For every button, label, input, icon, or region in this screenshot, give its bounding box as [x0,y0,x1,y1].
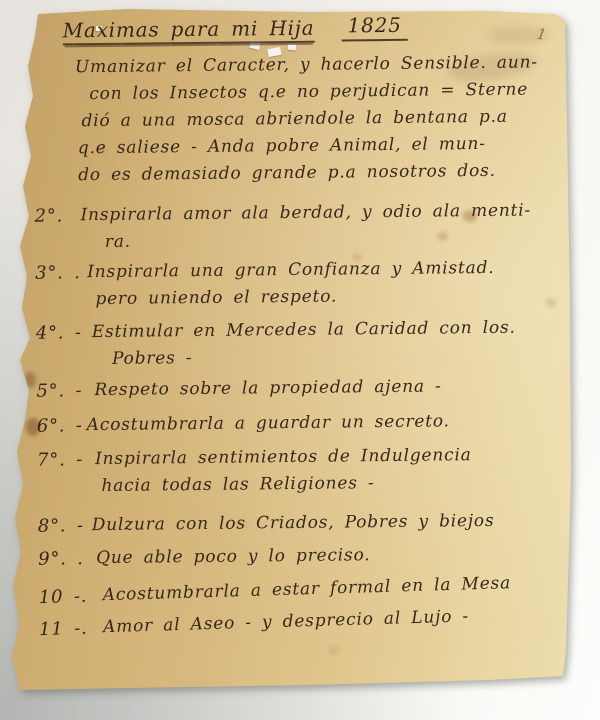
page-number-mark: 1 [535,25,548,44]
maxim-text-line: Acostumbrarla a guardar un secreto. [87,408,450,439]
maxim-number: 11 -. [39,615,88,643]
maxim-text-line: Estimular en Mercedes la Caridad con los… [92,315,516,346]
title-text: Maximas para mi Hija [62,16,314,46]
maxim-text-line: Amor al Aseo - y desprecio al Lujo - [103,603,470,641]
maxim-number: 3°. . [35,259,81,286]
manuscript-text: Maximas para mi Hija 1825 1 Umanizar el … [4,3,583,701]
maxim-number: 9°. . [38,545,84,572]
maxim-1-paragraph: Umanizar el Caracter, y hacerlo Sensible… [75,49,539,189]
maxim-text-line: Inspirarla amor ala berdad, y odio ala m… [80,198,531,230]
maxim-text-line: Que able poco y lo preciso. [96,542,371,572]
paper-sheet: Maximas para mi Hija 1825 1 Umanizar el … [8,6,580,698]
maxim-number: 4°. - [36,319,82,346]
maxim-text-line: Inspirarla sentimientos de Indulgencia [95,442,472,473]
maxim-text-line: pero uniendo el respeto. [87,282,495,313]
maxim-text-line: Inspirarla una gran Confianza y Amistad. [87,255,495,286]
maxim-text-line: Dulzura con los Criados, Pobres y biejos [92,508,495,539]
maxim-text-line: hacia todas las Religiones - [95,469,472,500]
photo-background: Maximas para mi Hija 1825 1 Umanizar el … [0,0,600,720]
document-year: 1825 [341,13,407,42]
maxim-number: 10 -. [38,583,87,611]
maxim-text-line: Respeto sobre la propiedad ajena - [94,373,441,404]
maxim-text-line: Pobres - [92,342,516,373]
document-title: Maximas para mi Hija [62,16,314,43]
maxim-number: 5°. - [36,377,82,404]
manuscript-paper: Maximas para mi Hija 1825 1 Umanizar el … [8,6,580,698]
maxim-text-line: ra. [81,225,532,257]
maxim-number: 6°. - [37,412,83,439]
maxim-number: 2°. [34,202,63,229]
intro-line: do es demasiado grande p.a nosotros dos. [76,157,539,189]
maxim-number: 7°. - [37,446,83,473]
maxim-number: 8°. - [38,512,84,539]
